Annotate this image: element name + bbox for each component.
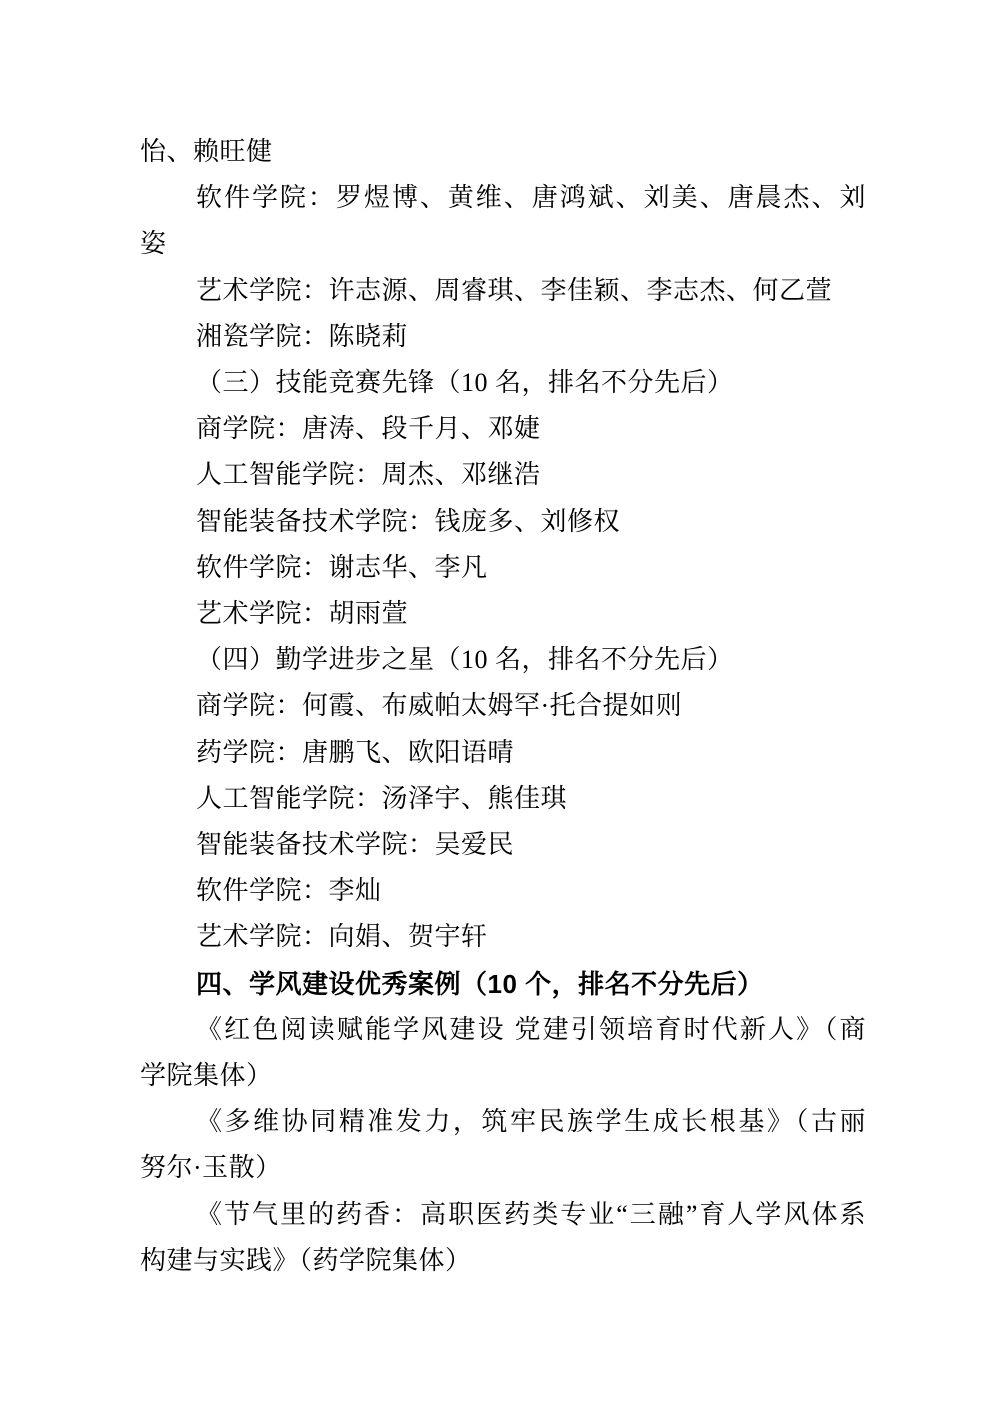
text-line: 软件学院：谢志华、李凡 — [140, 545, 866, 591]
para-art-college-reading: 艺术学院：许志源、周睿琪、李佳颖、李志杰、何乙萱 — [140, 268, 866, 314]
text-line: 智能装备技术学院：吴爱民 — [140, 822, 866, 868]
text-line: 软件学院：李灿 — [140, 868, 866, 914]
text-line: （三）技能竞赛先锋（10 名，排名不分先后） — [140, 360, 866, 406]
heading-diligent-progress-star: （四）勤学进步之星（10 名，排名不分先后） — [140, 637, 866, 683]
text-line: 怡、赖旺健 — [140, 129, 866, 175]
text-line: 人工智能学院：周杰、邓继浩 — [140, 452, 866, 498]
text-line: 艺术学院：向娟、贺宇轩 — [140, 914, 866, 960]
text-line: 《红色阅读赋能学风建设 党建引领培育时代新人》（商 — [140, 1007, 866, 1053]
para-case-multidimensional-synergy: 《多维协同精准发力，筑牢民族学生成长根基》（古丽 努尔·玉散） — [140, 1099, 866, 1191]
text-line: 姿 — [140, 221, 866, 267]
para-ai-college-progress: 人工智能学院：汤泽宇、熊佳琪 — [140, 776, 866, 822]
text-line: 《节气里的药香：高职医药类专业“三融”育人学风体系 — [140, 1192, 866, 1238]
para-pharmacy-college-progress: 药学院：唐鹏飞、欧阳语晴 — [140, 730, 866, 776]
para-intelligent-equipment-college-progress: 智能装备技术学院：吴爱民 — [140, 822, 866, 868]
para-business-college-progress: 商学院：何霞、布威帕太姆罕·托合提如则 — [140, 683, 866, 729]
text-line: 学院集体） — [140, 1053, 866, 1099]
text-line: 艺术学院：胡雨萱 — [140, 591, 866, 637]
text-line: 药学院：唐鹏飞、欧阳语晴 — [140, 730, 866, 776]
heading-skill-competition-pioneer: （三）技能竞赛先锋（10 名，排名不分先后） — [140, 360, 866, 406]
para-business-college-skill: 商学院：唐涛、段千月、邓婕 — [140, 406, 866, 452]
text-line: 艺术学院：许志源、周睿琪、李佳颖、李志杰、何乙萱 — [140, 268, 866, 314]
text-line: 努尔·玉散） — [140, 1145, 866, 1191]
text-line: 构建与实践》（药学院集体） — [140, 1238, 866, 1284]
text-line: 商学院：何霞、布威帕太姆罕·托合提如则 — [140, 683, 866, 729]
text-line: 商学院：唐涛、段千月、邓婕 — [140, 406, 866, 452]
para-art-college-skill: 艺术学院：胡雨萱 — [140, 591, 866, 637]
para-case-solar-terms-medicine: 《节气里的药香：高职医药类专业“三融”育人学风体系 构建与实践》（药学院集体） — [140, 1192, 866, 1284]
text-line: 湘瓷学院：陈晓莉 — [140, 314, 866, 360]
para-software-college-progress: 软件学院：李灿 — [140, 868, 866, 914]
para-art-college-progress: 艺术学院：向娟、贺宇轩 — [140, 914, 866, 960]
para-software-college-skill: 软件学院：谢志华、李凡 — [140, 545, 866, 591]
text-line: 软件学院：罗煜博、黄维、唐鸿斌、刘美、唐晨杰、刘 — [140, 175, 866, 221]
para-intelligent-equipment-college-skill: 智能装备技术学院：钱庞多、刘修权 — [140, 499, 866, 545]
para-software-college-reading: 软件学院：罗煜博、黄维、唐鸿斌、刘美、唐晨杰、刘 姿 — [140, 175, 866, 267]
heading-study-style-excellent-cases: 四、学风建设优秀案例（10 个，排名不分先后） — [140, 961, 866, 1007]
text-line: 智能装备技术学院：钱庞多、刘修权 — [140, 499, 866, 545]
para-xiangci-college-reading: 湘瓷学院：陈晓莉 — [140, 314, 866, 360]
document-content: 怡、赖旺健 软件学院：罗煜博、黄维、唐鸿斌、刘美、唐晨杰、刘 姿 艺术学院：许志… — [140, 129, 866, 1284]
section-heading-text: 四、学风建设优秀案例（10 个，排名不分先后） — [140, 961, 866, 1007]
para-ai-college-skill: 人工智能学院：周杰、邓继浩 — [140, 452, 866, 498]
text-line: 《多维协同精准发力，筑牢民族学生成长根基》（古丽 — [140, 1099, 866, 1145]
text-line: （四）勤学进步之星（10 名，排名不分先后） — [140, 637, 866, 683]
text-line: 人工智能学院：汤泽宇、熊佳琪 — [140, 776, 866, 822]
document-page: 怡、赖旺健 软件学院：罗煜博、黄维、唐鸿斌、刘美、唐晨杰、刘 姿 艺术学院：许志… — [0, 0, 1000, 1415]
para-case-red-reading: 《红色阅读赋能学风建设 党建引领培育时代新人》（商 学院集体） — [140, 1007, 866, 1099]
para-carryover-names: 怡、赖旺健 — [140, 129, 866, 175]
